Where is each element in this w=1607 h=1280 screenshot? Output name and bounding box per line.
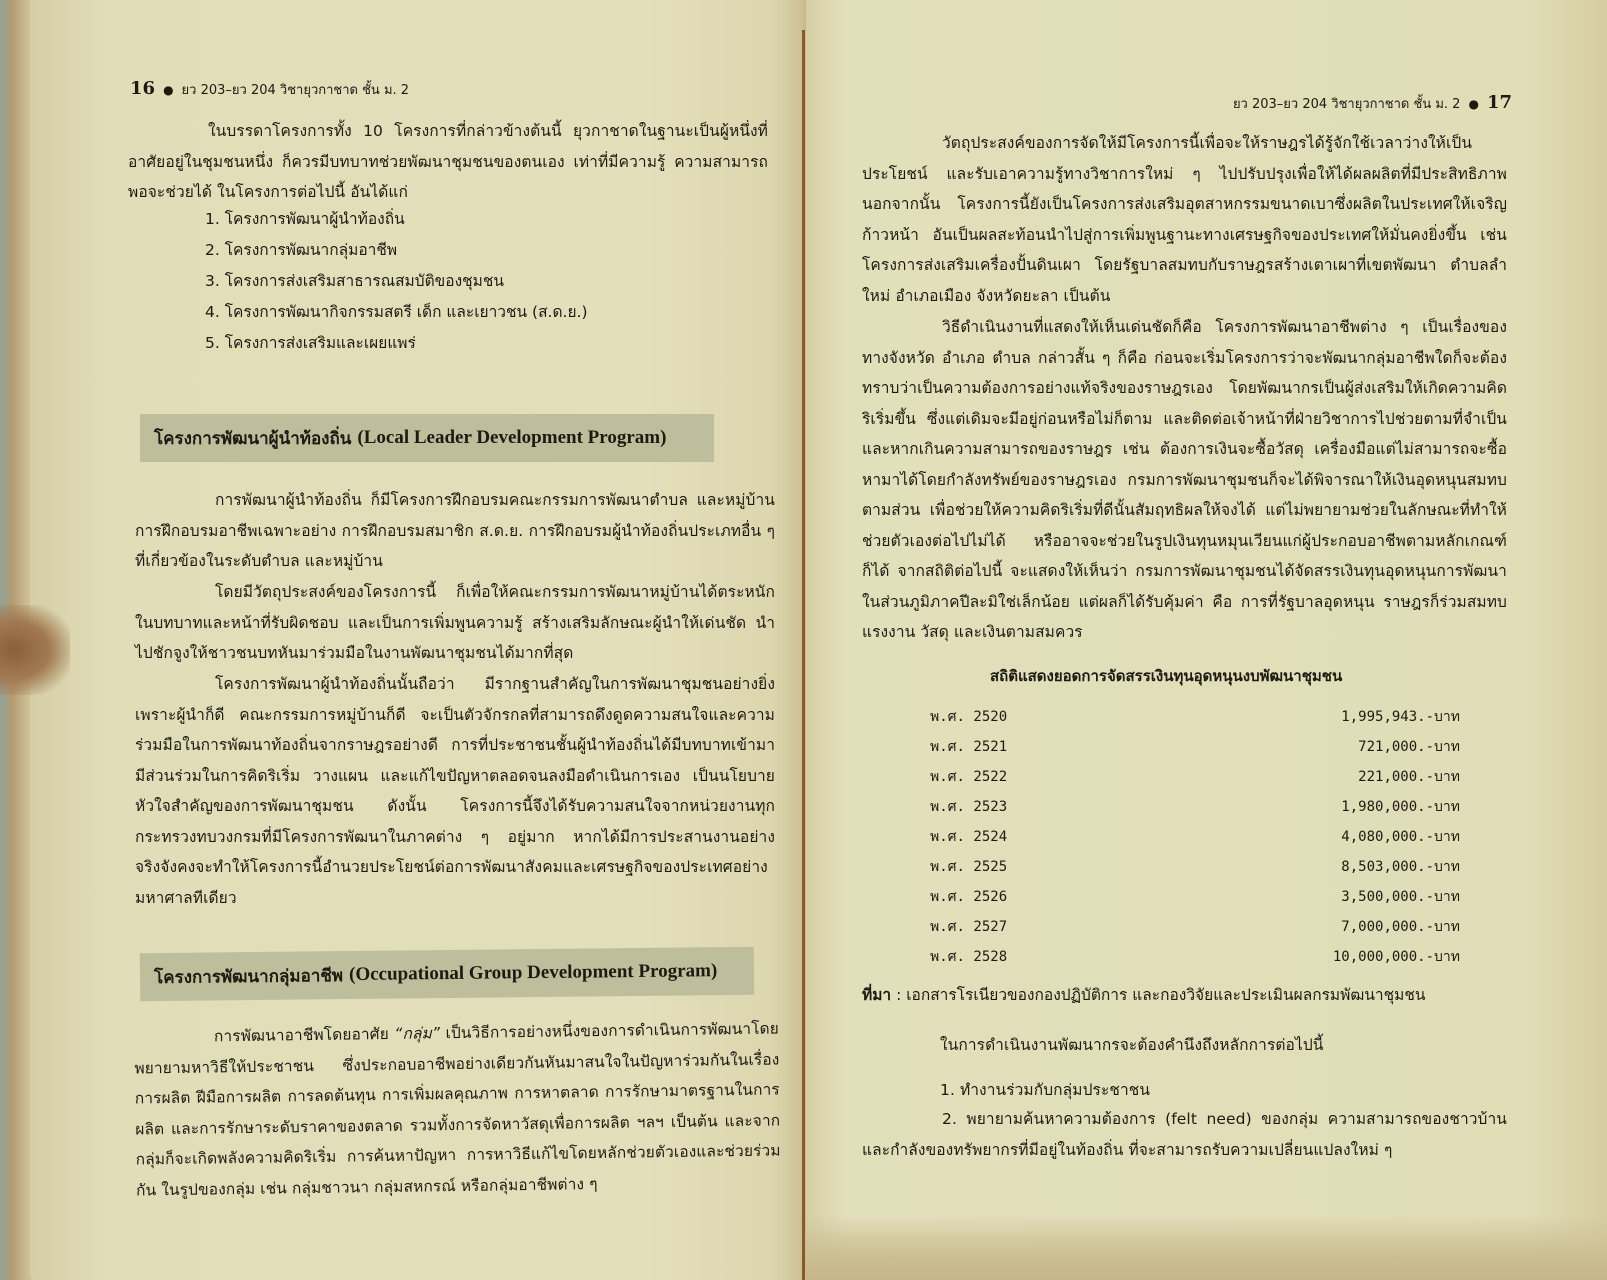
table-row: พ.ศ. 25277,000,000.-บาท bbox=[930, 912, 1460, 942]
amount-cell: 4,080,000.-บาท bbox=[1130, 822, 1460, 852]
paper-stain bbox=[0, 605, 70, 695]
bullet-icon: ● bbox=[1468, 97, 1478, 111]
source-text: : เอกสารโรเนียวของกองปฏิบัติการ และกองวิ… bbox=[891, 986, 1425, 1004]
table-row: พ.ศ. 2522221,000.-บาท bbox=[930, 762, 1460, 792]
intro-paragraph: ในบรรดาโครงการทั้ง 10 โครงการที่กล่าวข้า… bbox=[128, 116, 768, 208]
amount-cell: 8,503,000.-บาท bbox=[1130, 852, 1460, 882]
section-heading-local-leader: โครงการพัฒนาผู้นำท้องถิ่น (Local Leader … bbox=[140, 414, 714, 462]
amount-cell: 721,000.-บาท bbox=[1130, 732, 1460, 762]
table-row: พ.ศ. 25263,500,000.-บาท bbox=[930, 882, 1460, 912]
table-row: พ.ศ. 25244,080,000.-บาท bbox=[930, 822, 1460, 852]
table-source: ที่มา : เอกสารโรเนียวของกองปฏิบัติการ แล… bbox=[862, 982, 1426, 1007]
table-row: พ.ศ. 252810,000,000.-บาท bbox=[930, 942, 1460, 972]
emphasis-group: “กลุ่ม” bbox=[394, 1024, 440, 1043]
book-gutter bbox=[802, 30, 805, 1280]
year-cell: พ.ศ. 2522 bbox=[930, 762, 1130, 792]
page-number: 16 bbox=[130, 78, 155, 99]
table-row: พ.ศ. 2521721,000.-บาท bbox=[930, 732, 1460, 762]
year-cell: พ.ศ. 2525 bbox=[930, 852, 1130, 882]
right-paragraph-2: วิธีดำเนินงานที่แสดงให้เห็นเด่นชัดก็คือ … bbox=[862, 312, 1507, 648]
principles-intro: ในการดำเนินงานพัฒนากรจะต้องคำนึงถึงหลักก… bbox=[940, 1030, 1500, 1061]
year-cell: พ.ศ. 2524 bbox=[930, 822, 1130, 852]
amount-cell: 10,000,000.-บาท bbox=[1130, 942, 1460, 972]
page-number: 17 bbox=[1487, 92, 1512, 113]
table-title: สถิติแสดงยอดการจัดสรรเงินทุนอุดหนุนงบพัฒ… bbox=[990, 664, 1342, 688]
funding-statistics-table: พ.ศ. 25201,995,943.-บาท พ.ศ. 2521721,000… bbox=[930, 702, 1460, 972]
book-spread: 16 ● ยว 203–ยว 204 วิชายุวกาชาด ชั้น ม. … bbox=[0, 0, 1607, 1280]
bullet-icon: ● bbox=[163, 83, 173, 97]
source-label: ที่มา bbox=[862, 986, 891, 1004]
amount-cell: 3,500,000.-บาท bbox=[1130, 882, 1460, 912]
principle-item-1: 1. ทำงานร่วมกับกลุ่มประชาชน bbox=[940, 1075, 1500, 1106]
program-list: 1. โครงการพัฒนาผู้นำท้องถิ่น 2. โครงการพ… bbox=[205, 204, 588, 359]
list-item: 1. โครงการพัฒนาผู้นำท้องถิ่น bbox=[205, 204, 588, 235]
amount-cell: 1,995,943.-บาท bbox=[1130, 702, 1460, 732]
amount-cell: 221,000.-บาท bbox=[1130, 762, 1460, 792]
page-bottom-shadow bbox=[806, 1215, 1607, 1280]
list-item: 2. โครงการพัฒนากลุ่มอาชีพ bbox=[205, 235, 588, 266]
section-heading-occupational-group: โครงการพัฒนากลุ่มอาชีพ (Occupational Gro… bbox=[140, 947, 754, 1001]
amount-cell: 1,980,000.-บาท bbox=[1130, 792, 1460, 822]
year-cell: พ.ศ. 2520 bbox=[930, 702, 1130, 732]
left-running-header: 16 ● ยว 203–ยว 204 วิชายุวกาชาด ชั้น ม. … bbox=[130, 78, 409, 100]
year-cell: พ.ศ. 2526 bbox=[930, 882, 1130, 912]
list-item: 4. โครงการพัฒนากิจกรรมสตรี เด็ก และเยาวช… bbox=[205, 297, 588, 328]
table-row: พ.ศ. 25258,503,000.-บาท bbox=[930, 852, 1460, 882]
year-cell: พ.ศ. 2528 bbox=[930, 942, 1130, 972]
year-cell: พ.ศ. 2523 bbox=[930, 792, 1130, 822]
table-row: พ.ศ. 25201,995,943.-บาท bbox=[930, 702, 1460, 732]
header-title: ยว 203–ยว 204 วิชายุวกาชาด ชั้น ม. 2 bbox=[1233, 93, 1461, 114]
list-item: 3. โครงการส่งเสริมสาธารณสมบัติของชุมชน bbox=[205, 266, 588, 297]
section1-paragraph-2: โดยมีวัตถุประสงค์ของโครงการนี้ ก็เพื่อให… bbox=[135, 577, 775, 669]
right-running-header: ยว 203–ยว 204 วิชายุวกาชาด ชั้น ม. 2 ● 1… bbox=[1233, 92, 1512, 114]
section1-paragraph-1: การพัฒนาผู้นำท้องถิ่น ก็มีโครงการฝึกอบรม… bbox=[135, 485, 775, 577]
header-title: ยว 203–ยว 204 วิชายุวกาชาด ชั้น ม. 2 bbox=[182, 79, 410, 100]
year-cell: พ.ศ. 2527 bbox=[930, 912, 1130, 942]
table-row: พ.ศ. 25231,980,000.-บาท bbox=[930, 792, 1460, 822]
section1-paragraph-3: โครงการพัฒนาผู้นำท้องถิ่นนั้นถือว่า มีรา… bbox=[135, 669, 775, 913]
section2-paragraph: การพัฒนาอาชีพโดยอาศัย “กลุ่ม” เป็นวิธีกา… bbox=[134, 1014, 781, 1206]
right-paragraph-1: วัตถุประสงค์ของการจัดให้มีโครงการนี้เพื่… bbox=[862, 128, 1507, 311]
year-cell: พ.ศ. 2521 bbox=[930, 732, 1130, 762]
list-item: 5. โครงการส่งเสริมและเผยแพร่ bbox=[205, 328, 588, 359]
amount-cell: 7,000,000.-บาท bbox=[1130, 912, 1460, 942]
principle-item-2: 2. พยายามค้นหาความต้องการ (felt need) ขอ… bbox=[862, 1104, 1507, 1165]
